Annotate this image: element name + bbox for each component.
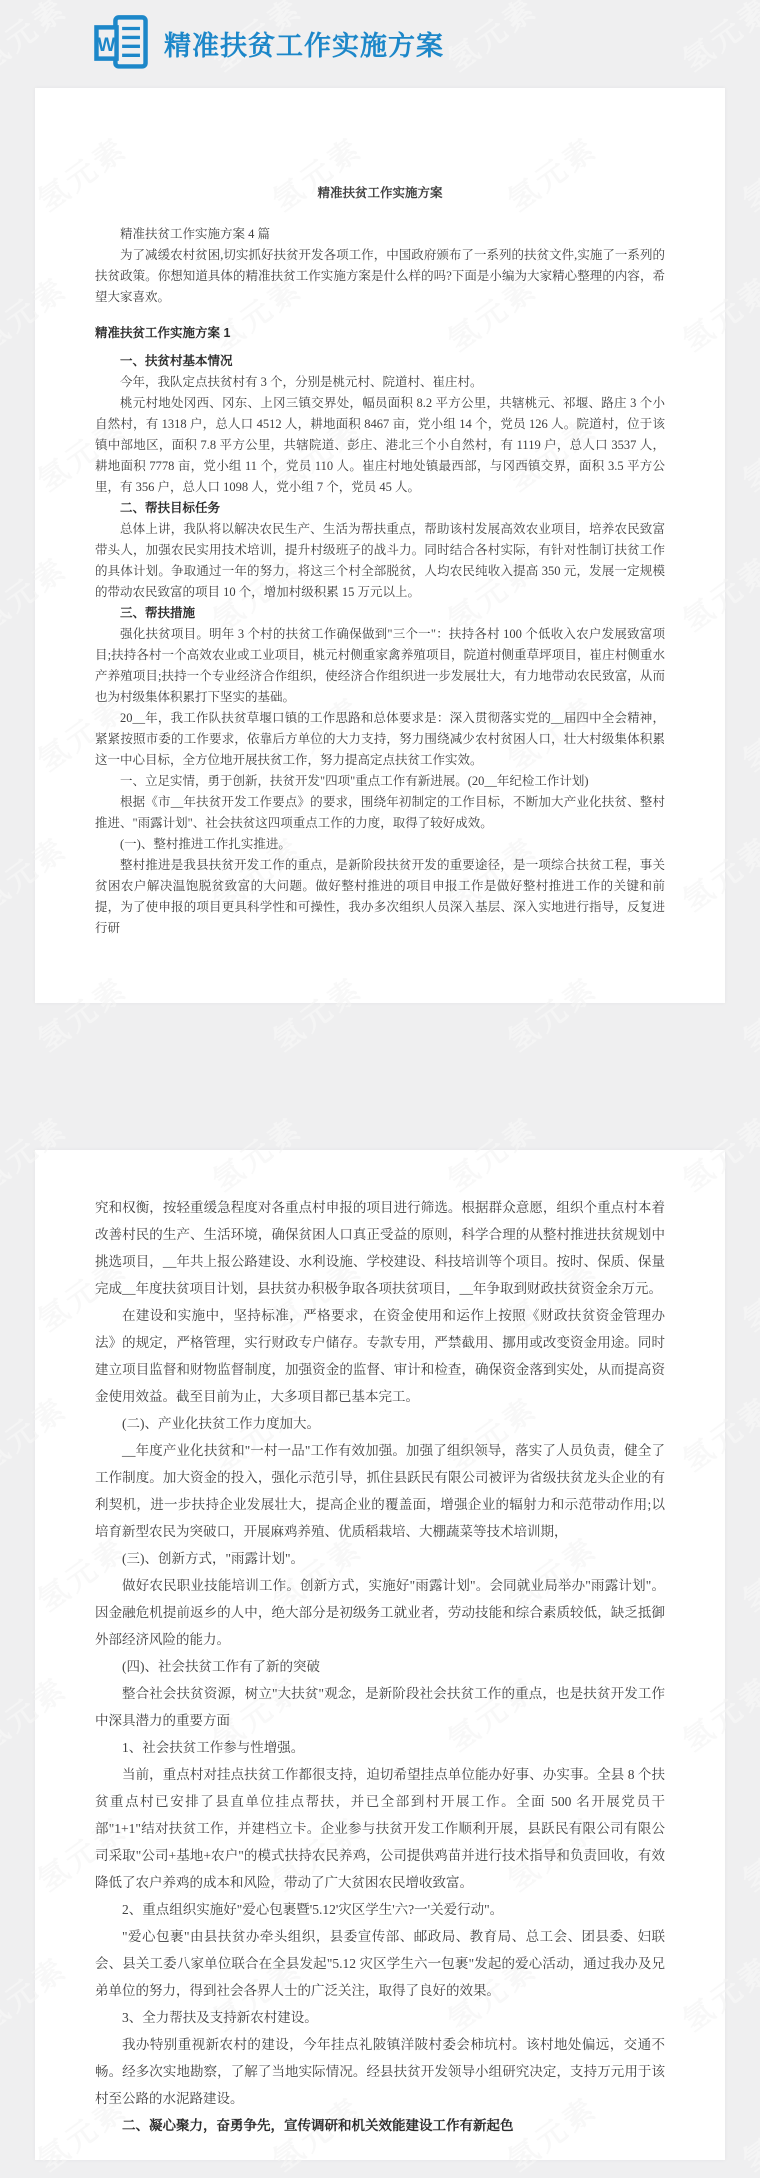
paragraph: 为了减缓农村贫困,切实抓好扶贫开发各项工作，中国政府颁布了一系列的扶贫文件,实施… [95, 245, 665, 308]
watermark-text: 氢元素 [0, 0, 75, 80]
document-page-1: 精准扶贫工作实施方案精准扶贫工作实施方案 4 篇为了减缓农村贫困,切实抓好扶贫开… [35, 88, 725, 1003]
watermark-text: 氢元素 [732, 1524, 760, 1620]
paragraph: 桃元村地处冈西、冈东、上冈三镇交界处，幅员面积 8.2 平方公里，共辖桃元、祁堰… [95, 393, 665, 498]
watermark-text: 氢元素 [732, 404, 760, 500]
paragraph: 当前，重点村对挂点扶贫工作都很支持，迫切希望挂点单位能办好事、办实事。全县 8 … [95, 1761, 665, 1896]
sub-heading: 一、扶贫村基本情况 [95, 351, 665, 372]
watermark-text: 氢元素 [732, 964, 760, 1060]
word-doc-icon: W [92, 14, 150, 72]
paragraph: 在建设和实施中，坚持标准，严格要求，在资金使用和运作上按照《财政扶贫资金管理办法… [95, 1302, 665, 1410]
paragraph: 总体上讲，我队将以解决农民生产、生活为帮扶重点，帮助该村发展高效农业项目，培养农… [95, 519, 665, 603]
sub-heading: 二、帮扶目标任务 [95, 498, 665, 519]
document-title: 精准扶贫工作实施方案 [95, 183, 665, 204]
paragraph: 2、重点组织实施好"爱心包裹暨'5.12'灾区学生'六?一'关爱行动"。 [95, 1896, 665, 1923]
watermark-text: 氢元素 [672, 0, 760, 80]
paragraph: 强化扶贫项目。明年 3 个村的扶贫工作确保做到"三个一"：扶持各村 100 个低… [95, 624, 665, 708]
watermark-text: 氢元素 [0, 0, 75, 80]
watermark-text: 氢元素 [732, 124, 760, 220]
paragraph: 精准扶贫工作实施方案 4 篇 [95, 224, 665, 245]
paragraph: (三)、创新方式，"雨露计划"。 [95, 1545, 665, 1572]
site-title: 精准扶贫工作实施方案 [164, 24, 444, 63]
watermark-text: 氢元素 [672, 0, 760, 80]
paragraph: 今年，我队定点扶贫村有 3 个，分别是桃元村、院道村、崔庄村。 [95, 372, 665, 393]
section-heading: 精准扶贫工作实施方案 1 [95, 323, 665, 344]
watermark-text: 氢元素 [732, 1244, 760, 1340]
watermark-text: 氢元素 [732, 124, 760, 220]
watermark-text: 氢元素 [732, 1244, 760, 1340]
site-header: W 精准扶贫工作实施方案 [92, 14, 444, 72]
paragraph: 做好农民职业技能培训工作。创新方式，实施好"雨露计划"。会同就业局举办"雨露计划… [95, 1572, 665, 1653]
document-page-2: 究和权衡，按轻重缓急程度对各重点村申报的项目进行筛选。根据群众意愿，组织个重点村… [35, 1150, 725, 2160]
watermark-text: 氢元素 [732, 684, 760, 780]
page-1-content: 精准扶贫工作实施方案精准扶贫工作实施方案 4 篇为了减缓农村贫困,切实抓好扶贫开… [35, 88, 725, 1003]
watermark-text: 氢元素 [732, 964, 760, 1060]
watermark-text: 氢元素 [732, 2084, 760, 2178]
watermark-text: 氢元素 [437, 0, 545, 80]
watermark-text: 氢元素 [437, 0, 545, 80]
sub-heading: 二、凝心聚力，奋勇争先，宣传调研和机关效能建设工作有新起色 [95, 2112, 665, 2139]
watermark-text: 氢元素 [732, 1804, 760, 1900]
paragraph: 一、立足实情，勇于创新，扶贫开发"四项"重点工作有新进展。(20__年纪检工作计… [95, 771, 665, 792]
paragraph: 整村推进是我县扶贫开发工作的重点，是新阶段扶贫开发的重要途径，是一项综合扶贫工程… [95, 855, 665, 939]
sub-heading: 三、帮扶措施 [95, 603, 665, 624]
watermark-text: 氢元素 [732, 2084, 760, 2178]
paragraph: 我办特别重视新农村的建设，今年挂点礼陂镇洋陂村委会柿坑村。该村地处偏远，交通不畅… [95, 2031, 665, 2112]
paragraph: "爱心包裹"由县扶贫办牵头组织，县委宣传部、邮政局、教育局、总工会、团县委、妇联… [95, 1923, 665, 2004]
paragraph: (四)、社会扶贫工作有了新的突破 [95, 1653, 665, 1680]
paragraph: 究和权衡，按轻重缓急程度对各重点村申报的项目进行筛选。根据群众意愿，组织个重点村… [95, 1194, 665, 1302]
watermark-text: 氢元素 [732, 1804, 760, 1900]
page-canvas: 氢元素氢元素氢元素氢元素氢元素氢元素氢元素氢元素氢元素氢元素氢元素氢元素氢元素氢… [0, 0, 760, 2178]
page-2-content: 究和权衡，按轻重缓急程度对各重点村申报的项目进行筛选。根据群众意愿，组织个重点村… [35, 1150, 725, 2160]
paragraph: (二)、产业化扶贫工作力度加大。 [95, 1410, 665, 1437]
watermark-text: 氢元素 [732, 684, 760, 780]
paragraph: 1、社会扶贫工作参与性增强。 [95, 1734, 665, 1761]
paragraph: 20__年，我工作队扶贫草堰口镇的工作思路和总体要求是：深入贯彻落实党的__届四… [95, 708, 665, 771]
watermark-text: 氢元素 [732, 404, 760, 500]
paragraph: 3、全力帮扶及支持新农村建设。 [95, 2004, 665, 2031]
paragraph: __年度产业化扶贫和"一村一品"工作有效加强。加强了组织领导，落实了人员负责，健… [95, 1437, 665, 1545]
paragraph: 根据《市__年扶贫开发工作要点》的要求，围绕年初制定的工作目标，不断加大产业化扶… [95, 792, 665, 834]
watermark-text: 氢元素 [732, 1524, 760, 1620]
doc-icon-letter: W [98, 35, 116, 56]
paragraph: 整合社会扶贫资源，树立"大扶贫"观念，是新阶段社会扶贫工作的重点，也是扶贫开发工… [95, 1680, 665, 1734]
paragraph: (一)、整村推进工作扎实推进。 [95, 834, 665, 855]
